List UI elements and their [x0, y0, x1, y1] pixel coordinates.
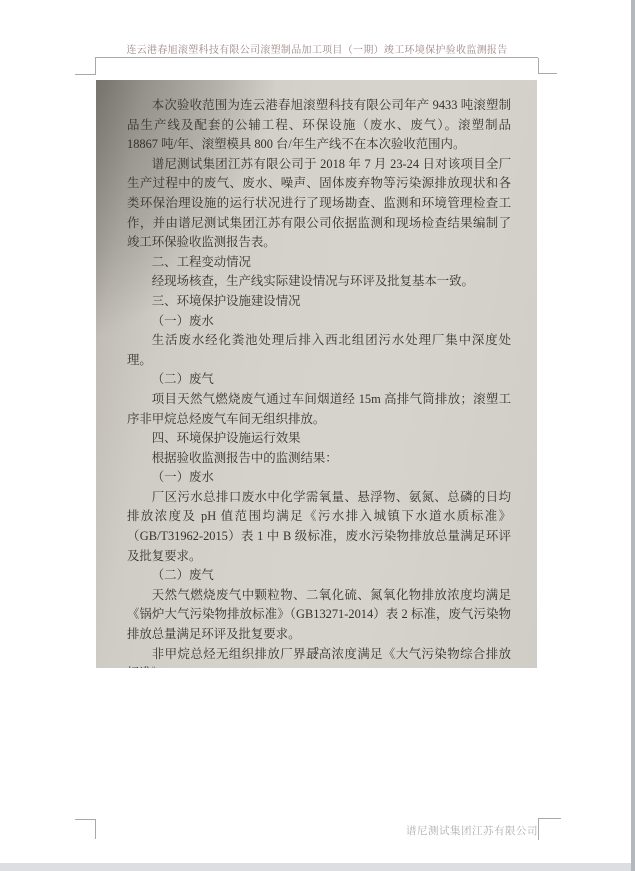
scan-text-body: 本次验收范围为连云港春旭滚塑科技有限公司年产 9433 吨滚塑制品生产线及配套的… — [96, 80, 537, 668]
scan-paragraph: （二）废气 — [127, 566, 511, 586]
page-header-title: 连云港春旭滚塑科技有限公司滚塑制品加工项目（一期）竣工环境保护验收监测报告 — [96, 41, 538, 56]
scan-paragraph: 天然气燃烧废气中颗粒物、二氧化硫、氮氧化物排放浓度均满足《锅炉大气污染物排放标准… — [127, 586, 511, 645]
scan-paragraph: （二）废气 — [127, 370, 511, 390]
text-boundary-mark-bottom-left — [75, 819, 96, 839]
page-footer-company: 谱尼测试集团江苏有限公司 — [95, 823, 538, 838]
scan-paragraph: （一）废水 — [127, 468, 511, 488]
scan-paragraph: 项目天然气燃烧废气通过车间烟道经 15m 高排气筒排放；滚塑工序非甲烷总烃废气车… — [127, 390, 511, 429]
document-page: 连云港春旭滚塑科技有限公司滚塑制品加工项目（一期）竣工环境保护验收监测报告 本次… — [0, 0, 632, 864]
scan-paragraph: 本次验收范围为连云港春旭滚塑科技有限公司年产 9433 吨滚塑制品生产线及配套的… — [127, 96, 511, 155]
scan-paragraph: 二、工程变动情况 — [127, 253, 511, 273]
scan-paragraph: （一）废水 — [127, 312, 511, 332]
scan-paragraph: 四、环境保护设施运行效果 — [127, 429, 511, 449]
canvas-edge-bottom — [0, 863, 635, 871]
scan-page-number: 2 — [96, 646, 537, 657]
scan-paragraph: 三、环境保护设施建设情况 — [127, 292, 511, 312]
scan-paragraph: 谱尼测试集团江苏有限公司于 2018 年 7 月 23-24 日对该项目全厂生产… — [127, 155, 511, 253]
header-rule — [95, 57, 538, 58]
scan-paragraph: 根据验收监测报告中的监测结果： — [127, 449, 511, 469]
text-boundary-mark-top-right — [538, 58, 557, 74]
text-boundary-mark-bottom-right — [538, 818, 561, 840]
scan-paragraph: 经现场核查，生产线实际建设情况与环评及批复基本一致。 — [127, 272, 511, 292]
scan-paragraph: 厂区污水总排口废水中化学需氧量、悬浮物、氨氮、总磷的日均排放浓度及 pH 值范围… — [127, 488, 511, 566]
scanned-page-image: 本次验收范围为连云港春旭滚塑科技有限公司年产 9433 吨滚塑制品生产线及配套的… — [96, 80, 537, 668]
scan-paragraph: 生活废水经化粪池处理后排入西北组团污水处理厂集中深度处理。 — [127, 331, 511, 370]
text-boundary-mark-top-left — [75, 58, 96, 75]
canvas-edge-right[interactable] — [631, 0, 635, 871]
